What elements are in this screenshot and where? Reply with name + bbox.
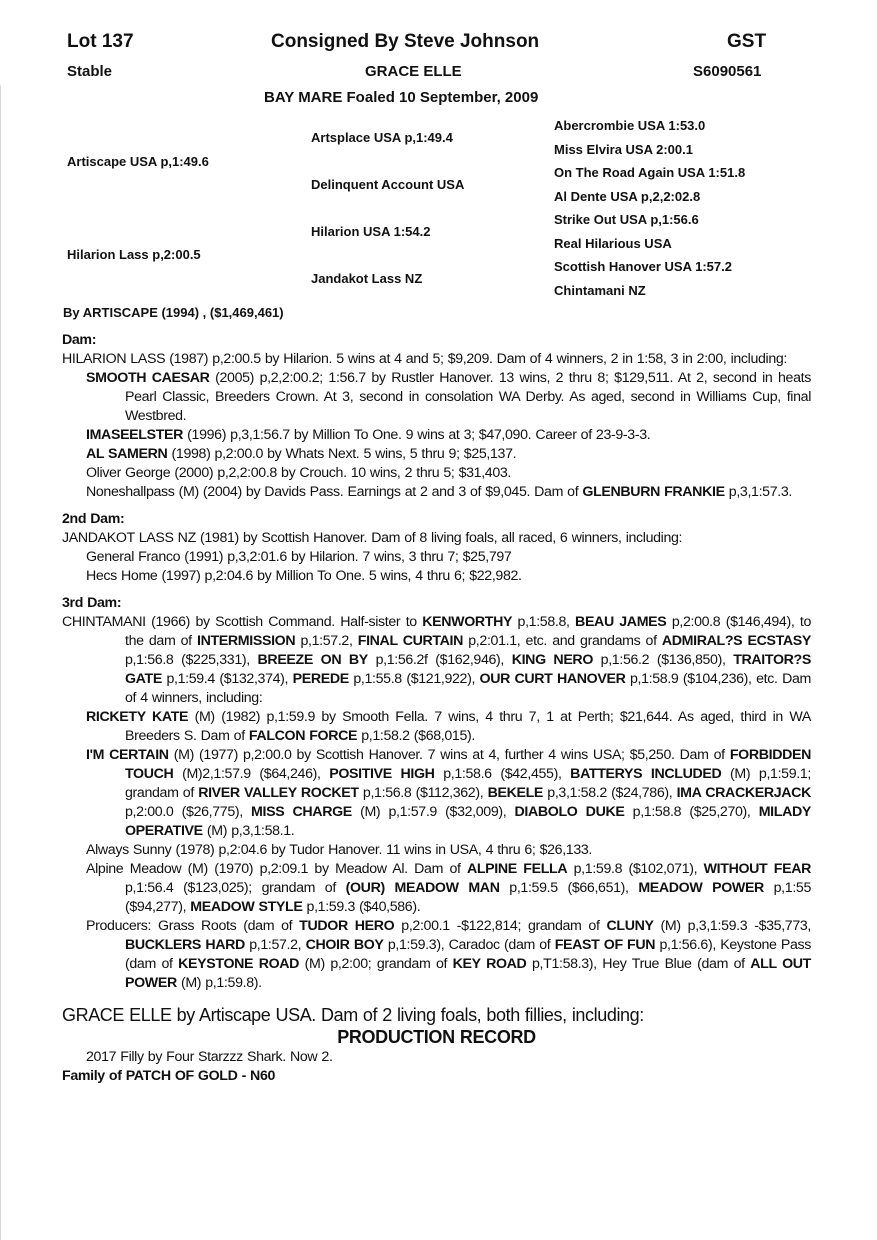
horse-name-bold: FEAST OF FUN	[555, 937, 655, 953]
pedigree-gen3: On The Road Again USA 1:51.8	[554, 165, 745, 180]
horse-name-bold: MILADY OPERATIVE	[125, 804, 811, 839]
sale-code: GST	[727, 31, 766, 53]
pedigree-gen3: Scottish Hanover USA 1:57.2	[554, 259, 732, 274]
horse-name-bold: OUR CURT HANOVER	[480, 671, 626, 687]
dam-produce-entry: Oliver George (2000) p,2,2:00.8 by Crouc…	[62, 464, 811, 483]
pedigree-sire-sire: Artsplace USA p,1:49.4	[311, 130, 453, 145]
second-dam-entry: Hecs Home (1997) p,2:04.6 by Million To …	[62, 567, 811, 586]
horse-name-bold: MEADOW POWER	[638, 880, 764, 896]
horse-name-bold: FALCON FORCE	[249, 728, 357, 744]
horse-name: GRACE ELLE	[365, 63, 462, 80]
page-edge-line	[0, 85, 1, 1240]
horse-name-bold: BEAU JAMES	[575, 614, 666, 630]
pedigree-sire: Artiscape USA p,1:49.6	[67, 154, 209, 169]
horse-name-bold: BUCKLERS HARD	[125, 937, 245, 953]
horse-name-bold: ALPINE FELLA	[467, 861, 567, 877]
produce-summary: GRACE ELLE by Artiscape USA. Dam of 2 li…	[62, 1004, 811, 1026]
third-dam-produce-entry: Alpine Meadow (M) (1970) p,2:09.1 by Mea…	[62, 860, 811, 917]
second-dam-intro: JANDAKOT LASS NZ (1981) by Scottish Hano…	[62, 529, 811, 548]
pedigree-gen3: Chintamani NZ	[554, 283, 646, 298]
lot-number: Lot 137	[67, 31, 134, 53]
horse-name-bold: (OUR) MEADOW MAN	[346, 880, 500, 896]
horse-name-bold: RICKETY KATE	[86, 709, 188, 725]
dam-heading: Dam:	[62, 331, 811, 350]
catalogue-body: Dam: HILARION LASS (1987) p,2:00.5 by Hi…	[62, 331, 811, 1086]
horse-name-bold: KEY ROAD	[453, 956, 527, 972]
horse-name-bold: GLENBURN FRANKIE	[582, 484, 724, 500]
horse-name-bold: MISS CHARGE	[251, 804, 352, 820]
second-dam-entry: General Franco (1991) p,3,2:01.6 by Hila…	[62, 548, 811, 567]
horse-name-bold: FINAL CURTAIN	[358, 633, 463, 649]
dam-produce-entry: Noneshallpass (M) (2004) by Davids Pass.…	[62, 483, 811, 502]
pedigree-dam-sire: Hilarion USA 1:54.2	[311, 224, 430, 239]
horse-name-bold: INTERMISSION	[197, 633, 295, 649]
pedigree-dam: Hilarion Lass p,2:00.5	[67, 247, 201, 262]
second-dam-heading: 2nd Dam:	[62, 510, 811, 529]
horse-name-bold: SMOOTH CAESAR	[86, 370, 210, 386]
horse-name-bold: TRAITOR?S GATE	[125, 652, 811, 687]
pedigree-gen3: Real Hilarious USA	[554, 236, 672, 251]
third-dam-produce-list: RICKETY KATE (M) (1982) p,1:59.9 by Smoo…	[62, 708, 811, 993]
horse-name-bold: KEYSTONE ROAD	[178, 956, 299, 972]
horse-name-bold: POSITIVE HIGH	[329, 766, 434, 782]
third-dam-produce-entry: I'M CERTAIN (M) (1977) p,2:00.0 by Scott…	[62, 746, 811, 841]
horse-name-bold: DIABOLO DUKE	[515, 804, 625, 820]
horse-name-bold: PEREDE	[293, 671, 349, 687]
horse-name-bold: BATTERYS INCLUDED	[570, 766, 721, 782]
dam-intro: HILARION LASS (1987) p,2:00.5 by Hilario…	[62, 350, 811, 369]
production-entry: 2017 Filly by Four Starzzz Shark. Now 2.	[62, 1048, 811, 1067]
horse-name-bold: WITHOUT FEAR	[704, 861, 811, 877]
horse-name-bold: BREEZE ON BY	[258, 652, 368, 668]
horse-name-bold: I'M CERTAIN	[86, 747, 169, 763]
horse-name-bold: AL SAMERN	[86, 446, 167, 462]
horse-name-bold: BEKELE	[488, 785, 543, 801]
dam-produce-list: SMOOTH CAESAR (2005) p,2,2:00.2; 1:56.7 …	[62, 369, 811, 502]
dam-produce-entry: IMASEELSTER (1996) p,3,1:56.7 by Million…	[62, 426, 811, 445]
horse-name-bold: ADMIRAL?S ECSTASY	[662, 633, 811, 649]
horse-name-bold: TUDOR HERO	[299, 918, 394, 934]
location: Stable	[67, 63, 112, 80]
third-dam-intro: CHINTAMANI (1966) by Scottish Command. H…	[62, 613, 811, 708]
third-dam-produce-entry: Producers: Grass Roots (dam of TUDOR HER…	[62, 917, 811, 993]
horse-name-bold: IMA CRACKERJACK	[677, 785, 811, 801]
horse-name-bold: KING NERO	[512, 652, 593, 668]
production-record-heading: PRODUCTION RECORD	[62, 1026, 811, 1048]
horse-name-bold: CHOIR BOY	[306, 937, 384, 953]
horse-name-bold: IMASEELSTER	[86, 427, 183, 443]
horse-name-bold: MEADOW STYLE	[190, 899, 302, 915]
horse-name-bold: KENWORTHY	[422, 614, 512, 630]
pedigree-gen3: Al Dente USA p,2,2:02.8	[554, 189, 700, 204]
third-dam-heading: 3rd Dam:	[62, 594, 811, 613]
dam-produce-entry: SMOOTH CAESAR (2005) p,2,2:00.2; 1:56.7 …	[62, 369, 811, 426]
pedigree-gen3: Miss Elvira USA 2:00.1	[554, 142, 693, 157]
pedigree-dam-dam: Jandakot Lass NZ	[311, 271, 422, 286]
id-number: S6090561	[693, 63, 761, 80]
pedigree-gen3: Strike Out USA p,1:56.6	[554, 212, 699, 227]
dam-produce-entry: AL SAMERN (1998) p,2:00.0 by Whats Next.…	[62, 445, 811, 464]
third-dam-produce-entry: RICKETY KATE (M) (1982) p,1:59.9 by Smoo…	[62, 708, 811, 746]
third-dam-produce-entry: Always Sunny (1978) p,2:04.6 by Tudor Ha…	[62, 841, 811, 860]
sire-line: By ARTISCAPE (1994) , ($1,469,461)	[63, 305, 284, 320]
pedigree-sire-dam: Delinquent Account USA	[311, 177, 464, 192]
horse-name-bold: RIVER VALLEY ROCKET	[198, 785, 358, 801]
horse-description: BAY MARE Foaled 10 September, 2009	[264, 89, 538, 106]
consignor: Consigned By Steve Johnson	[271, 31, 539, 53]
family-line: Family of PATCH OF GOLD - N60	[62, 1067, 811, 1086]
horse-name-bold: CLUNY	[606, 918, 653, 934]
pedigree-gen3: Abercrombie USA 1:53.0	[554, 118, 705, 133]
